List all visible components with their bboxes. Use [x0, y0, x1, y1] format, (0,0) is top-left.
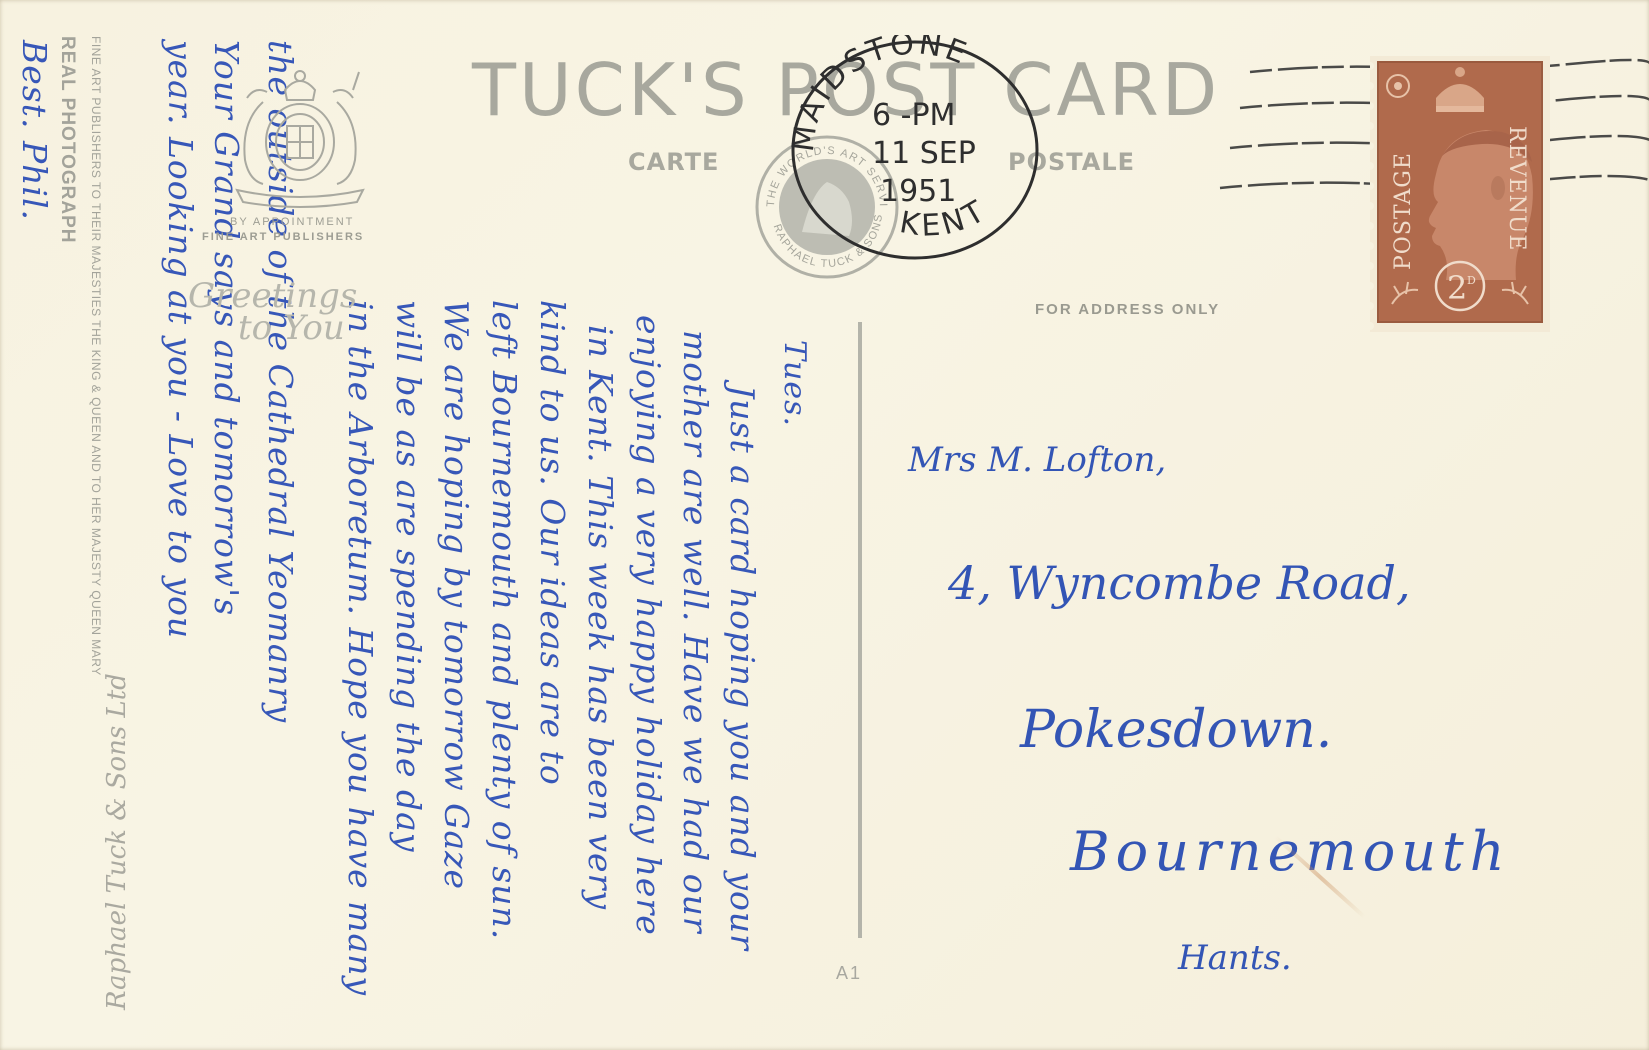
publisher-signature: Raphael Tuck & Sons Ltd [102, 673, 132, 1010]
message-line: We are hoping by tomorrow Gaze [437, 300, 476, 890]
message-line: will be as are spending the day [389, 300, 428, 852]
message-line: mother are well. Have we had our [676, 330, 715, 934]
svg-text:6 -PM: 6 -PM [872, 98, 955, 133]
message-line: Best. Phil. [15, 40, 54, 221]
maidstone-postmark-icon: MAIDSTONE KENT 6 -PM 11 SEP 1951 [780, 35, 1045, 265]
center-divider [858, 322, 862, 938]
address-line-county: Hants. [1178, 938, 1292, 978]
address-line-name: Mrs M. Lofton, [908, 440, 1166, 480]
appointment-vertical-text: FINE ART PUBLISHERS TO THEIR MAJESTIES T… [89, 36, 103, 676]
carte-label: CARTE [628, 148, 719, 176]
plate-code: A1 [836, 963, 862, 984]
message-line: left Bournemouth and plenty of sun. [485, 300, 524, 940]
postcard-back: Tues. Just a card hoping you and your mo… [0, 0, 1649, 1050]
publishers-text: FINE ART PUBLISHERS [202, 231, 364, 243]
real-photograph-text: REAL PHOTOGRAPH [56, 36, 78, 244]
svg-text:D: D [1467, 274, 1476, 287]
address-line-street: 4, Wyncombe Road, [948, 556, 1411, 610]
svg-text:1951: 1951 [880, 174, 956, 209]
svg-text:2: 2 [1447, 269, 1467, 307]
svg-text:11 SEP: 11 SEP [872, 136, 976, 171]
message-line: Just a card hoping you and your [723, 385, 762, 951]
appointment-text: BY APPOINTMENT [230, 216, 354, 228]
svg-text:POSTAGE: POSTAGE [1391, 152, 1416, 270]
greetings-text: Greetings to You [188, 280, 357, 344]
svg-text:REVENUE: REVENUE [1504, 126, 1529, 251]
for-address-only-label: FOR ADDRESS ONLY [1035, 301, 1220, 318]
postage-stamp-icon: POSTAGE REVENUE 2 D [1370, 56, 1550, 332]
address-line-district: Pokesdown. [1020, 700, 1332, 760]
cancellation-lines-icon [1080, 50, 1649, 200]
greetings-line2: to You [188, 312, 357, 344]
message-line: Tues. [777, 340, 812, 427]
message-line: enjoying a very happy holiday here [629, 315, 668, 936]
message-line: kind to us. Our ideas are to [533, 300, 572, 786]
message-line: in the Arboretum. Hope you have many [341, 300, 380, 996]
royal-crest-icon [215, 62, 385, 212]
message-line: in Kent. This week has been very [581, 325, 620, 910]
